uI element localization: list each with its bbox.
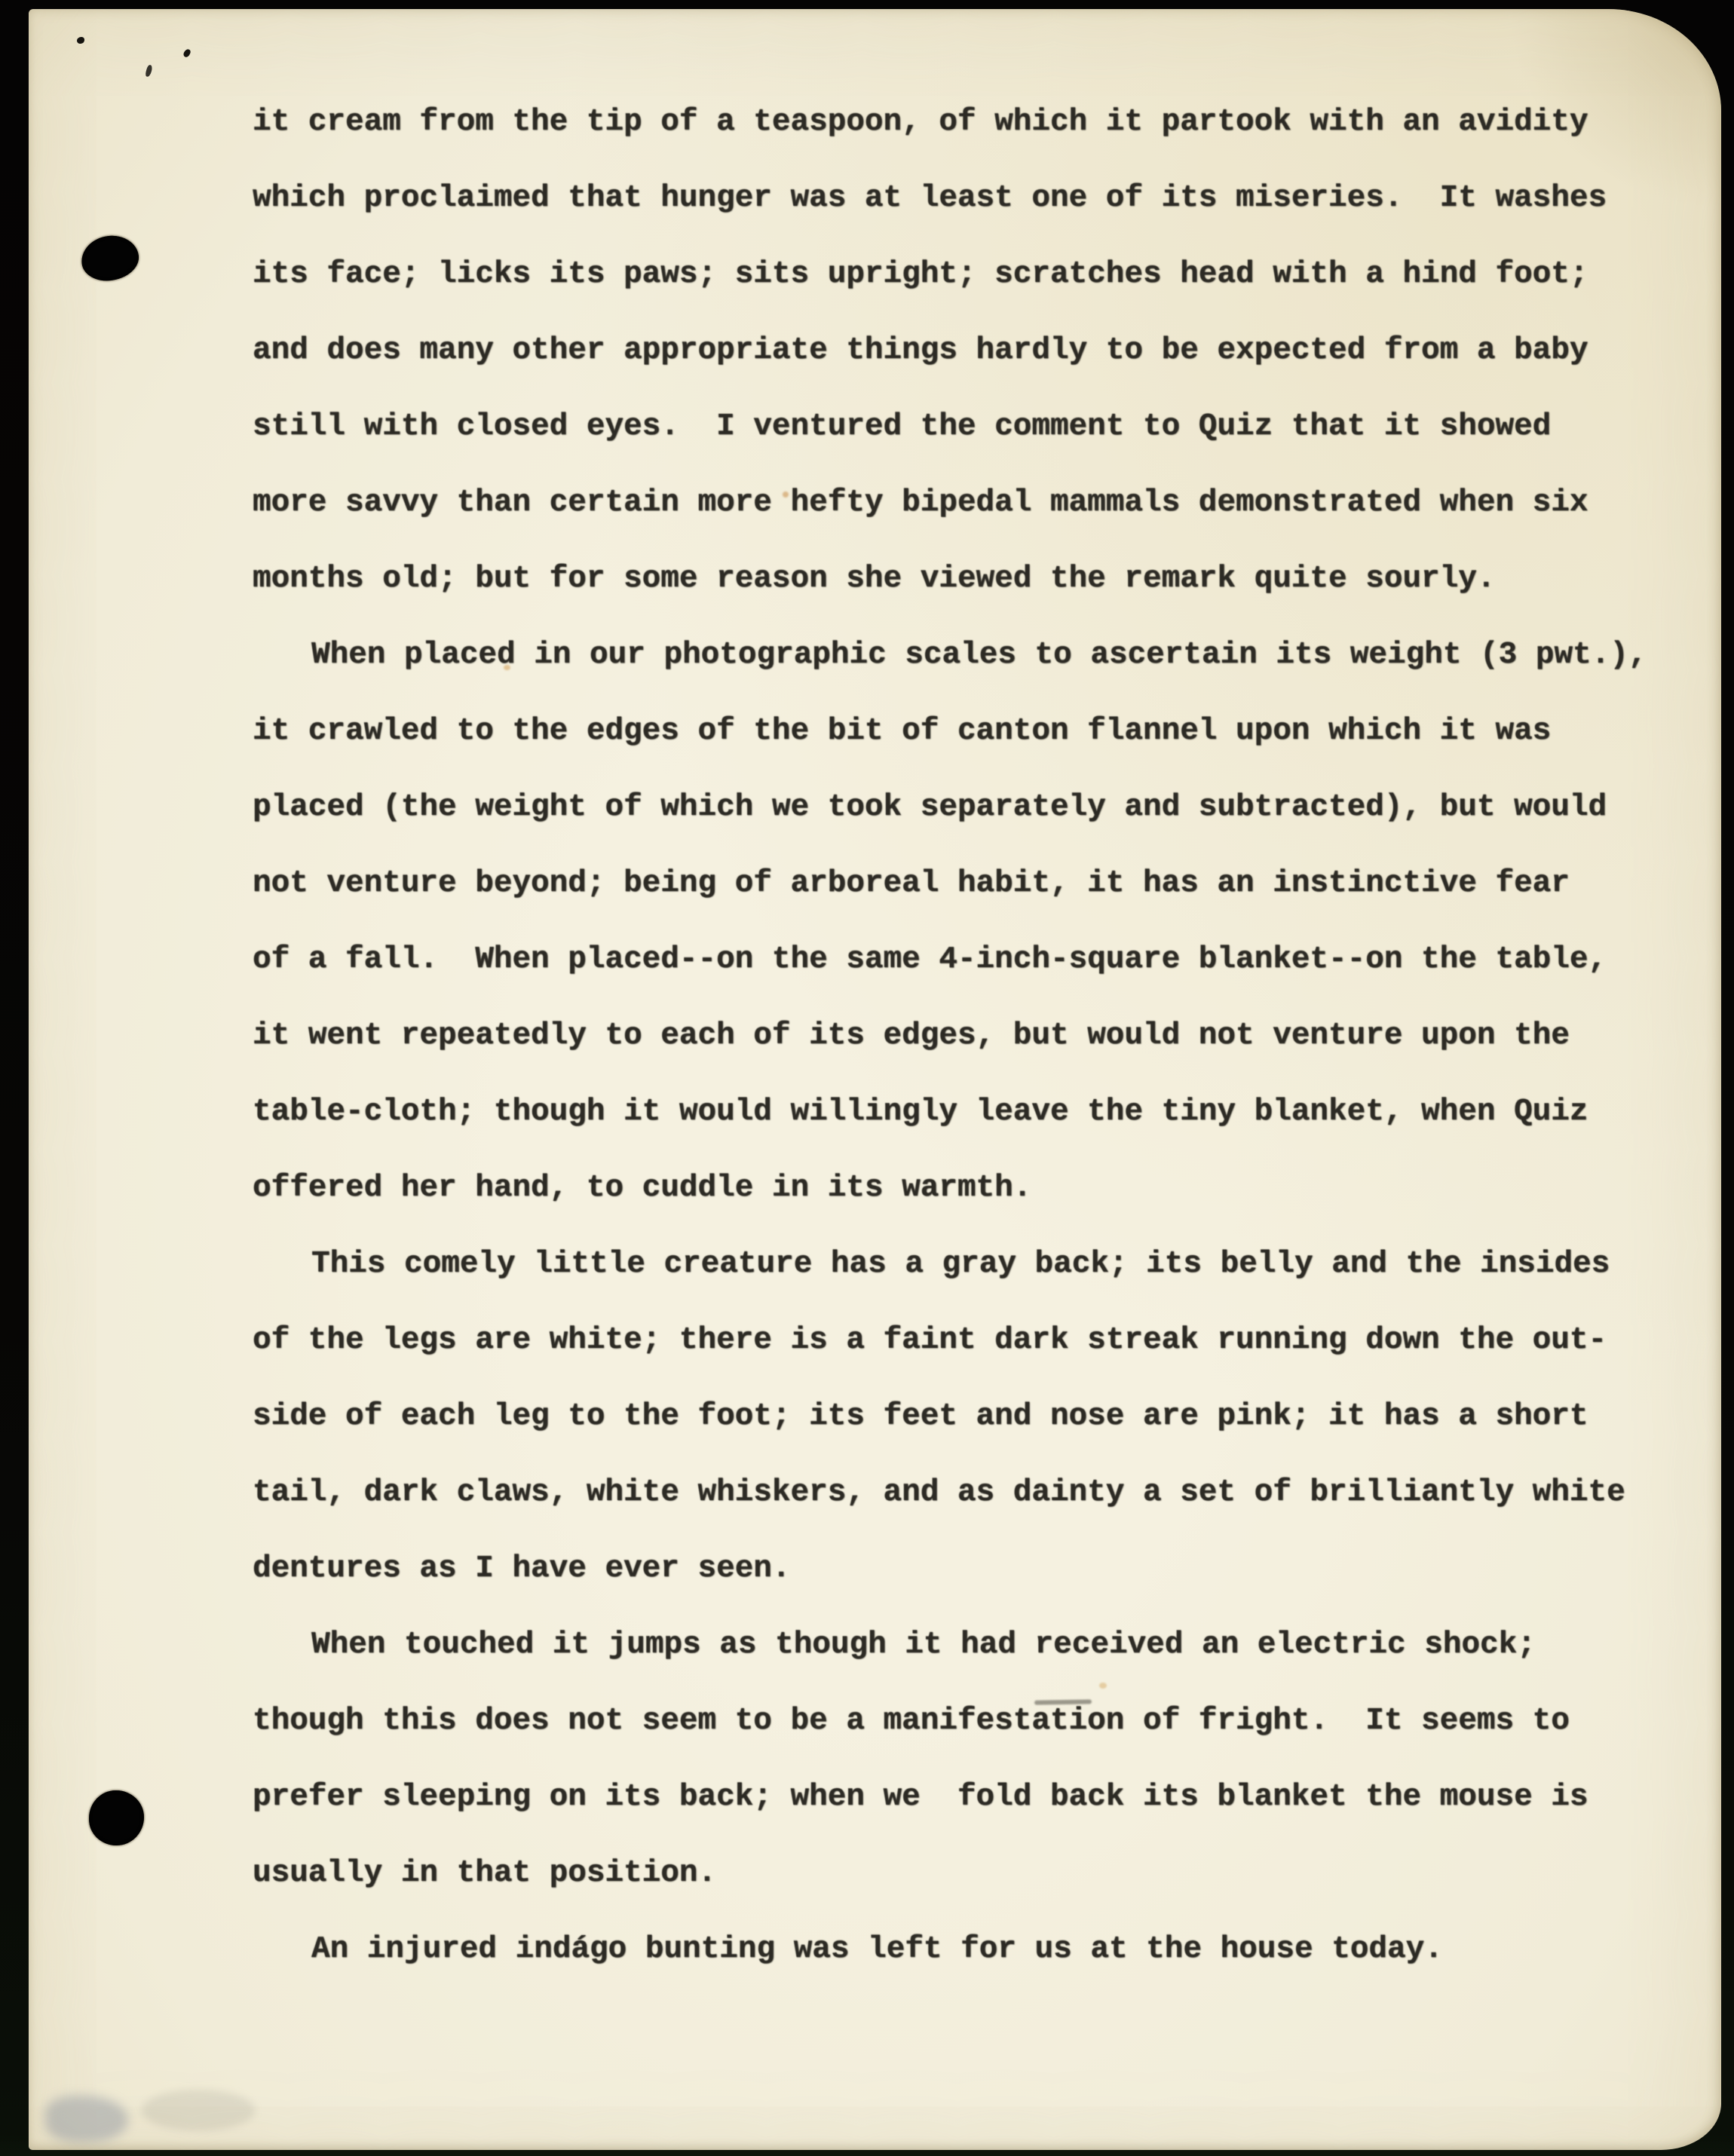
paper-speck (145, 64, 153, 77)
text-line: dentures as I have ever seen. (253, 1531, 1696, 1607)
scanner-background: it cream from the tip of a teaspoon, of … (0, 0, 1734, 2156)
text-line: and does many other appropriate things h… (253, 313, 1696, 389)
text-line: months old; but for some reason she view… (253, 541, 1696, 617)
text-line: side of each leg to the foot; its feet a… (253, 1379, 1696, 1455)
text-line: placed (the weight of which we took sepa… (253, 770, 1696, 846)
text-line: usually in that position. (253, 1836, 1696, 1912)
text-line: of the legs are white; there is a faint … (253, 1303, 1696, 1379)
text-line: it went repeatedly to each of its edges,… (253, 998, 1696, 1074)
text-line: though this does not seem to be a manife… (253, 1683, 1696, 1759)
text-line: not venture beyond; being of arboreal ha… (253, 846, 1696, 922)
paper-stain (504, 665, 510, 670)
text-line: it cream from the tip of a teaspoon, of … (253, 84, 1696, 161)
text-line: its face; licks its paws; sits upright; … (253, 237, 1696, 313)
text-line: which proclaimed that hunger was at leas… (253, 161, 1696, 237)
text-line: still with closed eyes. I ventured the c… (253, 389, 1696, 465)
paper-stain (783, 492, 789, 498)
text-line: When touched it jumps as though it had r… (253, 1607, 1696, 1683)
text-line: prefer sleeping on its back; when we fol… (253, 1759, 1696, 1836)
punch-hole-top (79, 233, 142, 284)
paper-smudge (45, 2096, 128, 2142)
paper-stain (1099, 1683, 1107, 1689)
paper-stain (142, 2090, 255, 2131)
punch-hole-bottom (89, 1790, 144, 1845)
typewritten-text: it cream from the tip of a teaspoon, of … (253, 84, 1696, 1988)
text-line: When placed in our photographic scales t… (253, 617, 1696, 694)
paper-speck (77, 37, 84, 44)
paper-page: it cream from the tip of a teaspoon, of … (29, 9, 1721, 2150)
text-line: table-cloth; though it would willingly l… (253, 1074, 1696, 1150)
text-line: An injured indágo bunting was left for u… (253, 1912, 1696, 1988)
text-line: it crawled to the edges of the bit of ca… (253, 694, 1696, 770)
text-line: tail, dark claws, white whiskers, and as… (253, 1455, 1696, 1531)
text-line: offered her hand, to cuddle in its warmt… (253, 1150, 1696, 1227)
text-line: of a fall. When placed--on the same 4-in… (253, 922, 1696, 998)
paper-speck (182, 48, 191, 58)
text-line: This comely little creature has a gray b… (253, 1227, 1696, 1303)
text-line: more savvy than certain more hefty biped… (253, 465, 1696, 541)
